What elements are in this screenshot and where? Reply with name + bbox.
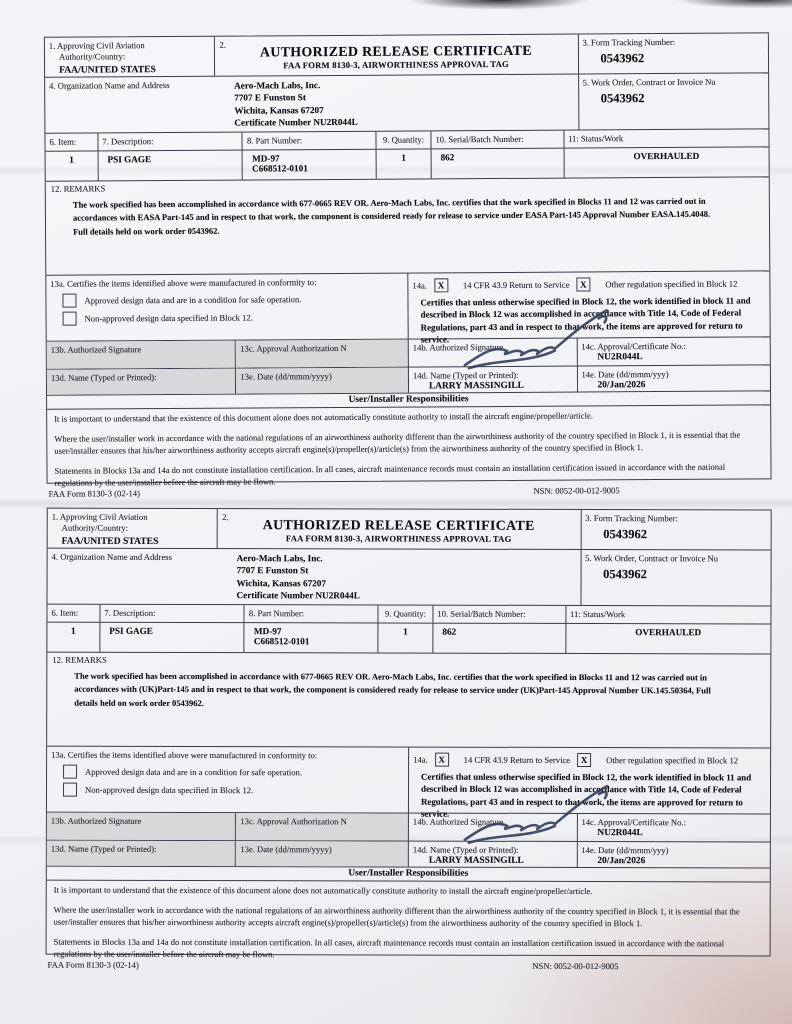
block14b-authorized-signature: 14b. Authorized Signature: [409, 339, 578, 367]
block1-label-line2: Authority/Country:: [49, 51, 210, 63]
responsibilities-paragraph: It is important to understand that the e…: [54, 885, 763, 898]
page-content: 1. Approving Civil Aviation Authority/Co…: [44, 32, 775, 977]
responsibilities-paragraph: Statements in Blocks 13a and 14a do not …: [54, 937, 763, 962]
block3-form-tracking-number: 3. Form Tracking Number: 0543962: [581, 510, 771, 549]
block14d-value: LARRY MASSINGILL: [413, 381, 573, 392]
block1-approving-authority: 1. Approving Civil Aviation Authority/Co…: [48, 509, 218, 548]
certification-row: 13a. Certifies the items identified abov…: [47, 747, 770, 815]
item-serial-batch: 862: [437, 627, 561, 637]
item-status: OVERHAULED: [568, 150, 764, 161]
block5-work-order: 5. Work Order, Contract or Invoice Nu 05…: [581, 550, 771, 605]
checkbox-approved-design: [63, 765, 77, 779]
block14c-label: 14c. Approval/Certificate No.:: [581, 817, 765, 829]
block14e-label: 14e. Date (dd/mmm/yyy): [581, 845, 765, 857]
block14a-options: 14a. X 14 CFR 43.9 Return to Service X O…: [413, 753, 766, 768]
form-title: AUTHORIZED RELEASE CERTIFICATE: [221, 517, 576, 534]
block4-label: 4. Organization Name and Address: [49, 80, 234, 130]
responsibilities-paragraph: Where the user/installer work in accorda…: [54, 905, 763, 930]
responsibilities-paragraph: Where the user/installer work in accorda…: [54, 430, 763, 457]
block14b-authorized-signature: 14b. Authorized Signature: [409, 814, 578, 841]
form-number: FAA Form 8130-3 (02-14): [49, 488, 140, 499]
form-number: FAA Form 8130-3 (02-14): [48, 960, 139, 970]
part-number-line2: C668512-0101: [249, 636, 374, 646]
col-quantity: 9. Quantity:: [377, 131, 432, 148]
option-non-approved-design: Non-approved design data specified in Bl…: [63, 783, 404, 798]
col-status-work: 11: Status/Work: [564, 129, 769, 147]
option-label: Other regulation specified in Block 12: [605, 279, 737, 290]
block14a: 14a. X 14 CFR 43.9 Return to Service X O…: [409, 748, 770, 814]
block4-organization: 4. Organization Name and Address Aero-Ma…: [47, 549, 581, 605]
checkbox-other-regulation: X: [576, 277, 590, 291]
block2-number: 2.: [222, 512, 228, 522]
part-number-line2: C668512-0101: [247, 163, 372, 174]
block1-approving-authority: 1. Approving Civil Aviation Authority/Co…: [45, 37, 215, 77]
block3-value: 0543962: [585, 527, 767, 542]
part-number-line1: MD-97: [249, 626, 374, 636]
block14d: 14d. Name (Typed or Printed): LARRY MASS…: [409, 367, 578, 393]
block13c-label: 13c. Approval Authorization N: [240, 343, 404, 355]
block13b-label: 13b. Authorized Signature: [51, 816, 231, 828]
header-row: 1. Approving Civil Aviation Authority/Co…: [45, 33, 768, 77]
item-number: 1: [51, 626, 95, 636]
remarks-text: The work specified has been accomplished…: [51, 191, 764, 239]
remarks-line: accordances with (UK)Part-145 and in res…: [74, 683, 761, 698]
organization-row: 4. Organization Name and Address Aero-Ma…: [47, 549, 770, 607]
option-non-approved-design: Non-approved design data specified in Bl…: [63, 310, 404, 326]
col-serial-batch: 10. Serial/Batch Number:: [433, 606, 566, 623]
block13a: 13a. Certifies the items identified abov…: [46, 274, 408, 341]
item-part-number: MD-97 C668512-0101: [245, 623, 379, 652]
organization-address: Aero-Mach Labs, Inc. 7707 E Funston St W…: [237, 552, 360, 601]
block14d-value: LARRY MASSINGILL: [413, 856, 573, 867]
option-label: Non-approved design data specified in Bl…: [85, 313, 253, 324]
block2-title: 2. AUTHORIZED RELEASE CERTIFICATE FAA FO…: [214, 35, 578, 76]
org-line: Certificate Number NU2R044L: [236, 589, 359, 602]
block5-label: 5. Work Order, Contract or Invoice Nu: [585, 553, 767, 565]
scanned-document-photo: 1. Approving Civil Aviation Authority/Co…: [0, 0, 792, 1024]
option-label: Approved design data and are in a condit…: [84, 294, 301, 305]
block14b-label: 14b. Authorized Signature: [413, 817, 573, 829]
certification-row: 13a. Certifies the items identified abov…: [46, 271, 769, 341]
block14d: 14d. Name (Typed or Printed): LARRY MASS…: [409, 842, 578, 867]
block12-remarks: 12. REMARKS The work specified has been …: [46, 177, 770, 275]
block13d-label: 13d. Name (Typed or Printed):: [51, 844, 231, 856]
block14a-options: 14a. X 14 CFR 43.9 Return to Service X O…: [412, 276, 765, 292]
col-serial-batch: 10. Serial/Batch Number:: [431, 131, 564, 149]
responsibilities-body: It is important to understand that the e…: [47, 881, 770, 956]
signature-row-1: 13b. Authorized Signature 13c. Approval …: [47, 337, 770, 369]
block5-value: 0543962: [585, 567, 767, 582]
block14c-value: NU2R044L: [581, 828, 765, 839]
checkbox-non-approved-design: [63, 312, 77, 326]
header-row: 1. Approving Civil Aviation Authority/Co…: [48, 509, 771, 551]
item-quantity: 1: [383, 626, 429, 636]
org-line: Aero-Mach Labs, Inc.: [234, 79, 357, 92]
block13d-label: 13d. Name (Typed or Printed):: [51, 372, 232, 384]
block13e-label: 13e. Date (dd/mmm/yyyy): [240, 371, 404, 383]
option-label: 14 CFR 43.9 Return to Service: [464, 755, 570, 765]
col-item: 6. Item:: [45, 133, 98, 150]
item-header-row: 6. Item: 7. Description: 8. Part Number:…: [47, 605, 770, 625]
col-item: 6. Item:: [47, 605, 100, 622]
signature-row-1: 13b. Authorized Signature 13c. Approval …: [47, 813, 770, 843]
organization-row: 4. Organization Name and Address Aero-Ma…: [45, 73, 768, 133]
col-description: 7. Description:: [100, 605, 245, 622]
block14e-value: 20/Jan/2026: [581, 380, 766, 391]
block14b-label: 14b. Authorized Signature: [413, 342, 573, 354]
option-label: 14 CFR 43.9 Return to Service: [463, 280, 570, 291]
faa-form-8130-3-copy-1: 1. Approving Civil Aviation Authority/Co…: [44, 32, 772, 483]
block13a: 13a. Certifies the items identified abov…: [47, 747, 409, 813]
block3-label: 3. Form Tracking Number:: [585, 513, 767, 525]
org-line: 7707 E Funston St: [237, 565, 360, 578]
checkbox-approved-design: [62, 294, 76, 308]
checkbox-other-regulation: X: [577, 753, 591, 767]
signature-row-2: 13d. Name (Typed or Printed): 13e. Date …: [47, 841, 770, 869]
item-data-row: 1 PSI GAGE MD-97 C668512-0101 1 862 OVER…: [47, 623, 770, 655]
col-quantity: 9. Quantity:: [379, 605, 434, 622]
item-description: PSI GAGE: [102, 154, 238, 165]
block1-value: FAA/UNITED STATES: [49, 64, 210, 76]
block13a-label: 13a. Certifies the items identified abov…: [51, 750, 404, 762]
item-number: 1: [50, 154, 94, 164]
org-line: 7707 E Funston St: [234, 91, 357, 104]
block14e: 14e. Date (dd/mmm/yyy) 20/Jan/2026: [577, 842, 770, 868]
block5-label: 5. Work Order, Contract or Invoice Nu: [583, 76, 765, 88]
block5-value: 0543962: [583, 91, 765, 107]
checkbox-non-approved-design: [63, 783, 77, 797]
block1-label-line2: Authority/Country:: [52, 523, 213, 535]
block14c: 14c. Approval/Certificate No.: NU2R044L: [577, 814, 770, 842]
item-data-row: 1 PSI GAGE MD-97 C668512-0101 1 862 OVER…: [46, 147, 769, 181]
form-copy-2-wrapper: 1. Approving Civil Aviation Authority/Co…: [46, 508, 772, 977]
block2-title: 2. AUTHORIZED RELEASE CERTIFICATE FAA FO…: [217, 509, 581, 549]
responsibilities-paragraph: Statements in Blocks 13a and 14a do not …: [54, 462, 763, 489]
block13b-label: 13b. Authorized Signature: [51, 344, 232, 356]
responsibilities-body: It is important to understand that the e…: [47, 405, 770, 482]
block1-label: 1. Approving Civil Aviation: [52, 512, 213, 524]
block14c: 14c. Approval/Certificate No.: NU2R044L: [577, 337, 770, 365]
item-serial-batch: 862: [436, 152, 560, 163]
col-description: 7. Description:: [98, 133, 243, 151]
item-status: OVERHAULED: [570, 627, 766, 638]
option-label: Non-approved design data specified in Bl…: [85, 785, 253, 795]
nsn-number: NSN: 0052-00-012-9005: [532, 961, 618, 971]
block4-organization: 4. Organization Name and Address Aero-Ma…: [45, 75, 579, 133]
nsn-number: NSN: 0052-00-012-9005: [533, 485, 619, 496]
org-line: Aero-Mach Labs, Inc.: [237, 552, 360, 565]
block5-work-order: 5. Work Order, Contract or Invoice Nu 05…: [579, 73, 769, 129]
responsibilities-paragraph: It is important to understand that the e…: [54, 409, 763, 425]
block14a: 14a. X 14 CFR 43.9 Return to Service X O…: [408, 271, 769, 338]
organization-address: Aero-Mach Labs, Inc. 7707 E Funston St W…: [234, 79, 358, 129]
block2-number: 2.: [219, 40, 226, 50]
col-part-number: 8. Part Number:: [245, 605, 379, 622]
org-line: Wichita, Kansas 67207: [237, 577, 360, 590]
block3-value: 0543962: [582, 51, 764, 67]
col-part-number: 8. Part Number:: [243, 132, 377, 150]
block13a-label: 13a. Certifies the items identified abov…: [50, 277, 403, 290]
option-approved-design: Approved design data and are in a condit…: [63, 765, 404, 780]
faa-form-8130-3-copy-2: 1. Approving Civil Aviation Authority/Co…: [46, 508, 772, 957]
item-part-number: MD-97 C668512-0101: [243, 150, 377, 180]
checkbox-14cfr-return-to-service: X: [435, 753, 449, 767]
block13c-label: 13c. Approval Authorization N: [240, 816, 404, 828]
option-label: Approved design data and are in a condit…: [85, 767, 302, 778]
option-label: Other regulation specified in Block 12: [606, 755, 738, 765]
block14a-number: 14a.: [413, 755, 428, 765]
block14e-value: 20/Jan/2026: [581, 856, 765, 867]
item-quantity: 1: [381, 152, 427, 162]
block12-remarks: 12. REMARKS The work specified has been …: [47, 653, 770, 749]
block3-label: 3. Form Tracking Number:: [582, 36, 764, 48]
org-line: Wichita, Kansas 67207: [234, 104, 357, 117]
block14d-label: 14d. Name (Typed or Printed):: [413, 845, 573, 857]
block4-label: 4. Organization Name and Address: [52, 552, 237, 601]
block3-form-tracking-number: 3. Form Tracking Number: 0543962: [578, 33, 768, 73]
org-line: Certificate Number NU2R044L: [234, 116, 357, 129]
block14e: 14e. Date (dd/mmm/yyy) 20/Jan/2026: [577, 365, 770, 391]
block1-value: FAA/UNITED STATES: [52, 536, 213, 547]
block14c-value: NU2R044L: [581, 352, 766, 363]
block14a-number: 14a.: [412, 280, 427, 290]
remarks-text: The work specified has been accomplished…: [52, 666, 765, 711]
col-status-work: 11: Status/Work: [566, 606, 770, 624]
checkbox-14cfr-return-to-service: X: [434, 278, 448, 292]
remarks-line: details held on work order 0543962.: [74, 696, 761, 711]
form-subtitle: FAA FORM 8130-3, AIRWORTHINESS APPROVAL …: [221, 533, 576, 544]
form-title: AUTHORIZED RELEASE CERTIFICATE: [218, 43, 573, 61]
item-description: PSI GAGE: [104, 626, 240, 636]
option-approved-design: Approved design data and are in a condit…: [62, 292, 403, 308]
block13e-label: 13e. Date (dd/mmm/yyyy): [240, 844, 404, 856]
